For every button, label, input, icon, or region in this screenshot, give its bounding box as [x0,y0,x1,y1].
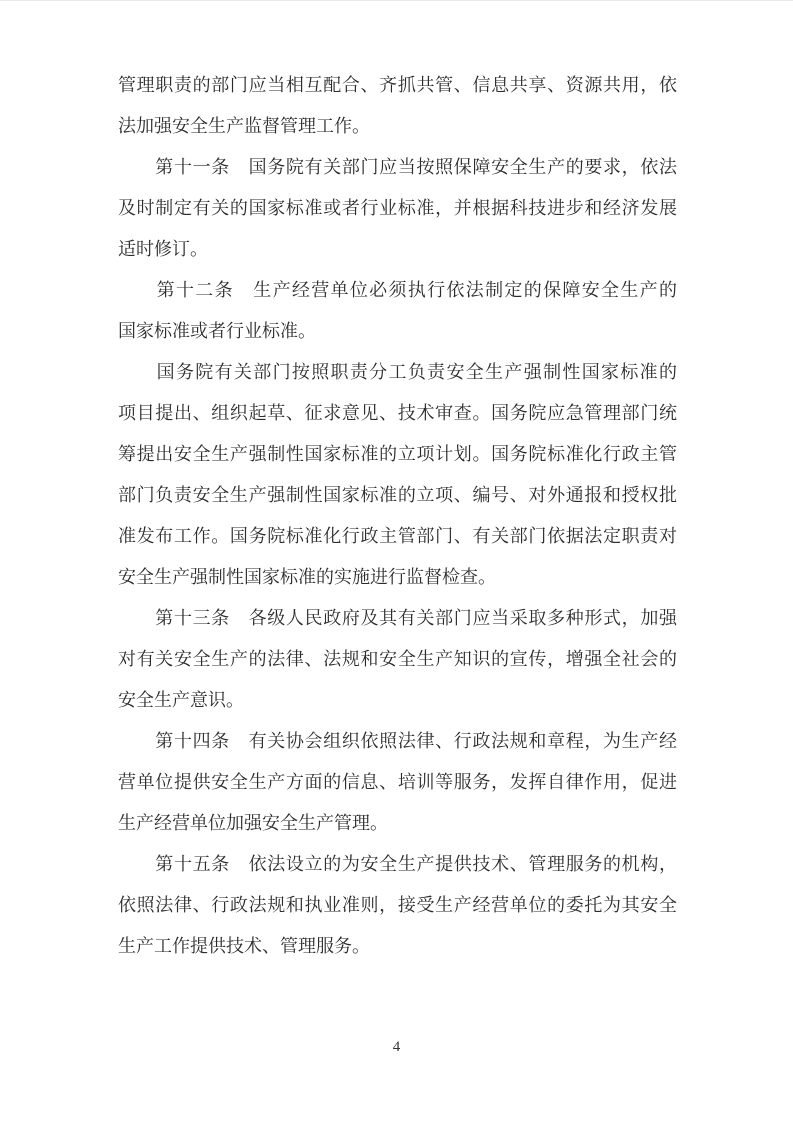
text-line: 项目提出、组织起草、征求意见、技术审查。国务院应急管理部门统 [118,393,677,434]
paragraph: 第十一条 国务院有关部门应当按照保障安全生产的要求，依法及时制定有关的国家标准或… [118,147,677,270]
text-line: 对有关安全生产的法律、法规和安全生产知识的宣传，增强全社会的 [118,639,677,680]
text-line: 营单位提供安全生产方面的信息、培训等服务，发挥自律作用，促进 [118,762,677,803]
paragraph: 第十五条 依法设立的为安全生产提供技术、管理服务的机构，依照法律、行政法规和执业… [118,844,677,967]
paragraph: 国务院有关部门按照职责分工负责安全生产强制性国家标准的项目提出、组织起草、征求意… [118,352,677,598]
text-line: 准发布工作。国务院标准化行政主管部门、有关部门依据法定职责对 [118,516,677,557]
text-line: 第十三条 各级人民政府及其有关部门应当采取多种形式，加强 [118,598,677,639]
text-line: 安全生产意识。 [118,680,677,721]
text-line: 第十五条 依法设立的为安全生产提供技术、管理服务的机构， [118,844,677,885]
page-number: 4 [0,1037,793,1057]
text-line: 第十四条 有关协会组织依照法律、行政法规和章程，为生产经 [118,721,677,762]
paragraph: 第十四条 有关协会组织依照法律、行政法规和章程，为生产经营单位提供安全生产方面的… [118,721,677,844]
text-line: 国务院有关部门按照职责分工负责安全生产强制性国家标准的 [118,352,677,393]
text-line: 生产工作提供技术、管理服务。 [118,926,677,967]
text-line: 适时修订。 [118,229,677,270]
text-line: 及时制定有关的国家标准或者行业标准，并根据科技进步和经济发展 [118,188,677,229]
text-line: 第十二条 生产经营单位必须执行依法制定的保障安全生产的 [118,270,677,311]
paragraph: 第十二条 生产经营单位必须执行依法制定的保障安全生产的国家标准或者行业标准。 [118,270,677,352]
text-line: 筹提出安全生产强制性国家标准的立项计划。国务院标准化行政主管 [118,434,677,475]
document-page: 管理职责的部门应当相互配合、齐抓共管、信息共享、资源共用，依法加强安全生产监督管… [0,0,793,1122]
text-line: 法加强安全生产监督管理工作。 [118,106,677,147]
paragraph: 第十三条 各级人民政府及其有关部门应当采取多种形式，加强对有关安全生产的法律、法… [118,598,677,721]
paragraph: 管理职责的部门应当相互配合、齐抓共管、信息共享、资源共用，依法加强安全生产监督管… [118,65,677,147]
text-line: 管理职责的部门应当相互配合、齐抓共管、信息共享、资源共用，依 [118,65,677,106]
text-line: 部门负责安全生产强制性国家标准的立项、编号、对外通报和授权批 [118,475,677,516]
text-line: 生产经营单位加强安全生产管理。 [118,803,677,844]
document-body: 管理职责的部门应当相互配合、齐抓共管、信息共享、资源共用，依法加强安全生产监督管… [118,65,677,967]
text-line: 国家标准或者行业标准。 [118,311,677,352]
text-line: 第十一条 国务院有关部门应当按照保障安全生产的要求，依法 [118,147,677,188]
text-line: 依照法律、行政法规和执业准则，接受生产经营单位的委托为其安全 [118,885,677,926]
text-line: 安全生产强制性国家标准的实施进行监督检查。 [118,557,677,598]
